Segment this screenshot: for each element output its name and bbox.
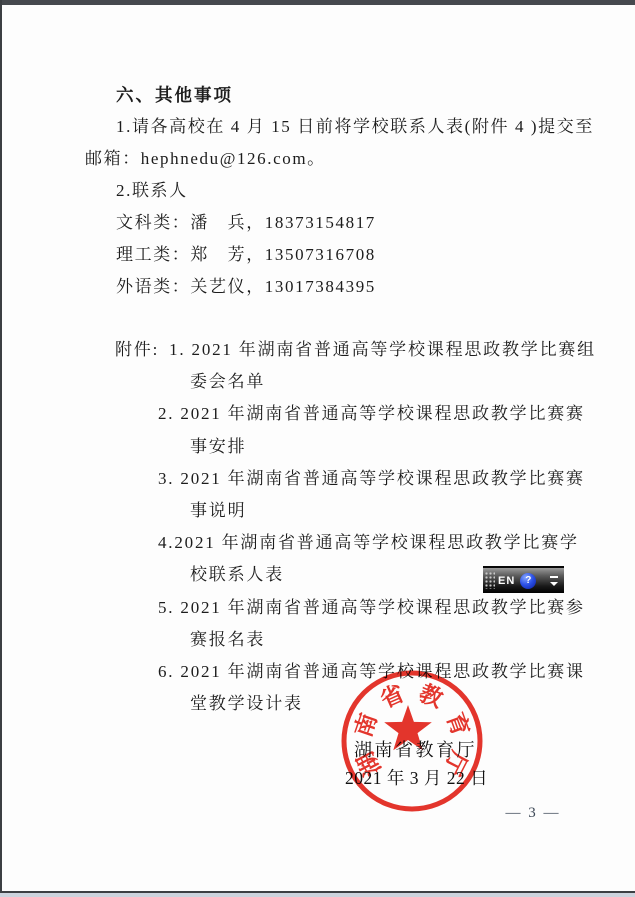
- seal-arc-char: 育: [442, 709, 474, 740]
- seal-arc-char: 厅: [439, 747, 472, 779]
- seal-star-icon: [384, 705, 432, 750]
- attachment-item-2-line-2: 事安排: [85, 431, 581, 463]
- seal-arc-char: 省: [377, 681, 408, 713]
- paragraph-line: 1.请各高校在 4 月 15 日前将学校联系人表(附件 4 )提交至: [85, 111, 567, 143]
- contacts-heading-line: 2.联系人: [85, 175, 567, 207]
- attachment-item-6-line-1: 6. 2021 年湖南省普通高等学校课程思政教学比赛课: [85, 656, 581, 688]
- contact-line: 文科类：潘 兵，18373154817: [85, 207, 567, 239]
- attachments-list: 附件:1. 2021 年湖南省普通高等学校课程思政教学比赛组 委会名单 2. 2…: [85, 334, 581, 720]
- attachment-item-2-line-1: 2. 2021 年湖南省普通高等学校课程思政教学比赛赛: [85, 398, 581, 430]
- page-number: — 3 —: [502, 805, 564, 822]
- drag-handle-icon[interactable]: [485, 572, 495, 589]
- language-indicator[interactable]: EN: [498, 575, 515, 587]
- official-seal: 湖 南 省 教 育 厅: [336, 666, 486, 816]
- email-line: 邮箱：hephnedu@126.com。: [85, 143, 567, 175]
- attachment-item-1-line-2: 委会名单: [85, 366, 581, 398]
- scanned-document-page: 六、其他事项 1.请各高校在 4 月 15 日前将学校联系人表(附件 4 )提交…: [0, 0, 635, 897]
- help-icon[interactable]: ?: [520, 573, 536, 589]
- seal-arc-char: 南: [350, 710, 382, 740]
- language-bar-controls: [550, 576, 560, 586]
- attachment-item-4-line-1: 4.2021 年湖南省普通高等学校课程思政教学比赛学: [85, 527, 581, 559]
- attachment-item-5-line-2: 赛报名表: [85, 624, 581, 656]
- contact-line: 理工类：郑 芳，13507316708: [85, 239, 567, 271]
- attachment-line: 附件:1. 2021 年湖南省普通高等学校课程思政教学比赛组: [85, 334, 581, 366]
- seal-arc-char: 教: [415, 680, 447, 712]
- section-heading: 六、其他事项: [85, 79, 567, 111]
- contact-line: 外语类：关艺仪，13017384395: [85, 271, 567, 303]
- attachment-item-1-line-1: 1. 2021 年湖南省普通高等学校课程思政教学比赛组: [169, 340, 596, 359]
- options-chevron-icon[interactable]: [550, 582, 558, 586]
- language-bar[interactable]: EN ?: [483, 566, 564, 593]
- attachment-item-3-line-2: 事说明: [85, 495, 581, 527]
- attachment-item-5-line-1: 5. 2021 年湖南省普通高等学校课程思政教学比赛参: [85, 592, 581, 624]
- page-bottom-strip: [0, 893, 635, 897]
- seal-arc-char: 湖: [353, 748, 386, 780]
- document-body: 六、其他事项 1.请各高校在 4 月 15 日前将学校联系人表(附件 4 )提交…: [85, 79, 567, 303]
- attachment-item-3-line-1: 3. 2021 年湖南省普通高等学校课程思政教学比赛赛: [85, 463, 581, 495]
- page-left-border: [0, 0, 2, 897]
- attachments-label: 附件:: [115, 340, 159, 359]
- attachment-item-6-line-2: 堂教学设计表: [85, 688, 581, 720]
- page-top-border: [0, 0, 635, 5]
- minimize-icon[interactable]: [550, 576, 558, 578]
